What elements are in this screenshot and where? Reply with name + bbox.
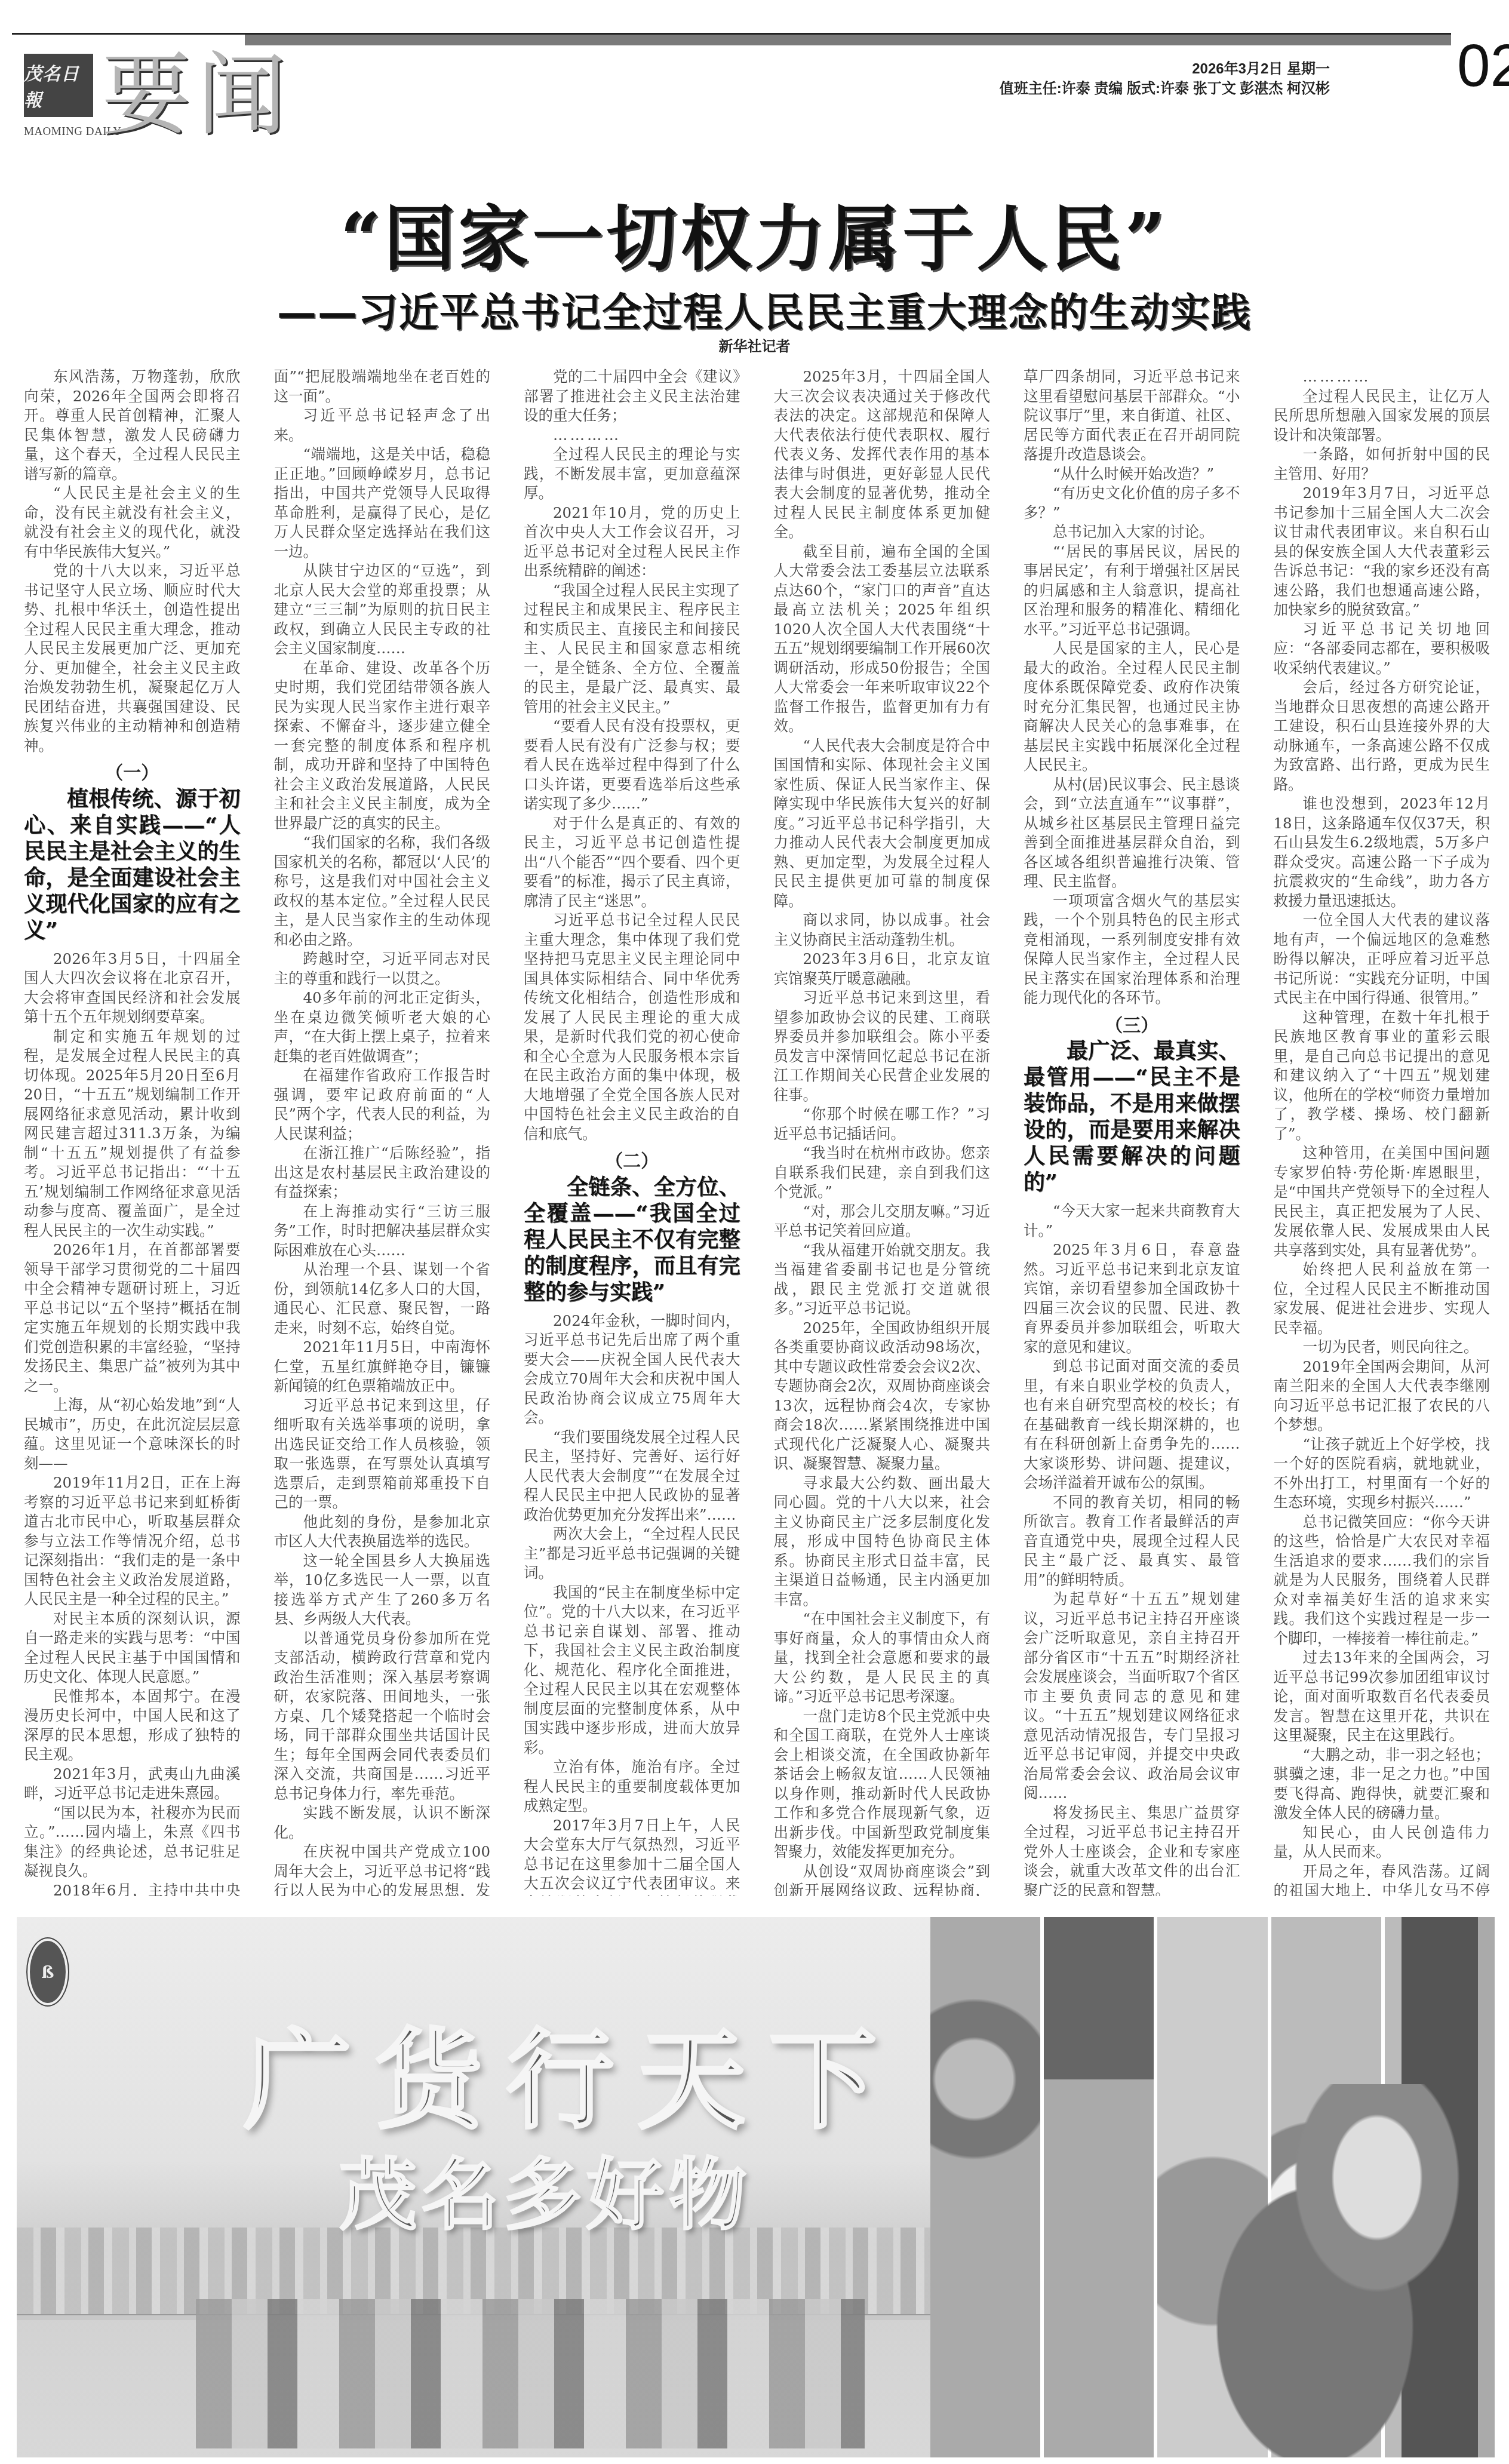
paragraph: 草厂四条胡同，习近平总书记来这里看望慰问基层干部群众。“小院议事厅”里，来自街道…: [1024, 367, 1240, 465]
paragraph: “人民代表大会制度是符合中国国情和实际、体现社会主义国家性质、保证人民当家作主、…: [774, 736, 991, 911]
subheadline: ——习近平总书记全过程人民民主重大理念的生动实践: [197, 281, 1332, 337]
paragraph: 在浙江推广“后陈经验”，指出这是农村基层民主政治建设的有益探索；: [274, 1144, 491, 1202]
paragraph: 习近平总书记关切地回应：“各部委同志都在，要积极吸收采纳代表建议。”: [1274, 620, 1490, 678]
paragraph: 为起草好“十五五”规划建议，习近平总书记主持召开座谈会广泛听取意见，亲自主持召开…: [1024, 1590, 1240, 1804]
paragraph: 党的十八大以来，习近平总书记坚守人民立场、顺应时代大势、扎根中华沃土，创造性提出…: [24, 561, 241, 755]
paragraph: “有历史文化价值的房子多不多？”: [1024, 484, 1240, 523]
paragraph: 上海，从“初心始发地”到“人民城市”，历史，在此沉淀层层意蕴。这里见证一个意味深…: [24, 1396, 241, 1473]
paragraph: 这种管用，在美国中国问题专家罗伯特·劳伦斯·库恩眼里，是“中国共产党领导下的全过…: [1274, 1144, 1490, 1260]
paragraph: 我国的“民主在制度坐标中定位”。党的十八大以来，在习近平总书记亲自谋划、部署、推…: [524, 1583, 740, 1758]
paragraph: 2019年3月7日，习近平总书记参加十三届全国人大二次会议甘肃代表团审议。来自积…: [1274, 484, 1490, 620]
paragraph: 在庆祝中国共产党成立100周年大会上，习近平总书记将“践行以人民为中心的发展思想…: [274, 1842, 491, 1896]
ad-title-sub: 茂名多好物: [339, 2150, 751, 2239]
paragraph: 全过程人民民主，让亿万人民所思所想融入国家发展的顶层设计和决策部署。: [1274, 387, 1490, 446]
paragraph: “要看人民有没有投票权，更要看人民有没有广泛参与权；要看人民在选举过程中得到了什…: [524, 717, 740, 814]
paragraph: 东风浩荡，万物蓬勃，欣欣向荣，2026年全国两会即将召开。尊重人民首创精神，汇聚…: [24, 367, 241, 484]
ad-title-main: 广货行天下: [244, 2021, 901, 2141]
paragraph: “对，那会儿交朋友嘛。”习近平总书记笑着回应道。: [774, 1202, 991, 1241]
paragraph: “从什么时候开始改造？”: [1024, 465, 1240, 484]
paragraph: 截至目前，遍布全国的全国人大常委会法工委基层立法联系点达60个，“家门口的声音”…: [774, 542, 991, 736]
paragraph: “今天大家一起来共商教育大计。”: [1024, 1202, 1240, 1240]
paragraph: 在上海推动实行“三访三服务”工作，时时把解决基层群众实际困难放在心头……: [274, 1202, 491, 1261]
paragraph: 2024年金秋，一脚时间内，习近平总书记先后出席了两个重要大会——庆祝全国人民代…: [524, 1311, 740, 1428]
paragraph: 习近平总书记轻声念了出来。: [274, 406, 491, 445]
advertisement-banner: ß 广货行天下 茂名多好物: [17, 1917, 1495, 2457]
ellipsis-separator: …………: [524, 426, 740, 446]
paragraph: 2025年3月6日，春意盎然。习近平总书记来到北京友谊宾馆，亲切看望参加全国政协…: [1024, 1240, 1240, 1357]
paragraph: 一项项富含烟火气的基层实践，一个个别具特色的民主形式竞相涌现，一系列制度安排有效…: [1024, 892, 1240, 1008]
paragraph: 2019年全国两会期间，从河南兰阳来的全国人大代表李继刚向习近平总书记汇报了农民…: [1274, 1357, 1490, 1435]
paragraph: 习近平总书记来到这里，仔细听取有关选举事项的说明，拿出选民证交给工作人员核验，领…: [274, 1396, 491, 1513]
editorial-staff: 值班主任:许泰 责编 版式:许泰 张丁文 彭湛杰 柯汉彬: [1000, 76, 1330, 97]
headline: “国家一切权力属于人民”: [0, 182, 1509, 284]
paragraph: 不同的教育关切，相同的畅所欲言。教育工作者最鲜活的声音直通党中央，展现全过程人民…: [1024, 1493, 1240, 1590]
paragraph: 2021年10月，党的历史上首次中央人大工作会议召开，习近平总书记对全过程人民民…: [524, 503, 740, 581]
section-heading: 植根传统、源于初心、来自实践——“人民民主是社会主义的生命，是全面建设社会主义现…: [24, 786, 241, 944]
section-heading: 最广泛、最真实、最管用——“民主不是装饰品，不是用来做摆设的，而是要用来解决人民…: [1024, 1038, 1240, 1196]
local-products-display: [196, 2299, 865, 2448]
masthead: 茂名日報 MAOMING DAILY 要闻 2026年3月2日 星期一 值班主任…: [0, 0, 1509, 149]
paragraph: 一切为民者，则民向往之。: [1274, 1338, 1490, 1357]
paragraph: “我国全过程人民民主实现了过程民主和成果民主、程序民主和实质民主、直接民主和间接…: [524, 581, 740, 717]
paragraph: 2025年3月，十四届全国人大三次会议表决通过关于修改代表法的决定。这部规范和保…: [774, 367, 991, 542]
paragraph: 2026年3月5日，十四届全国人大四次会议将在北京召开，大会将审查国民经济和社会…: [24, 950, 241, 1027]
paragraph: 这种管理，在数十年扎根于民族地区教育事业的董彩云眼里，是自己向总书记提出的意见和…: [1274, 1008, 1490, 1144]
section-title: 要闻: [102, 48, 293, 143]
paragraph: 一盘门走访8个民主党派中央和全国工商联，在党外人士座谈会上相谈交流，在全国政协新…: [774, 1707, 991, 1862]
header-band: [245, 35, 1451, 45]
paragraph: 习近平总书记来到这里，看望参加政协会议的民建、工商联界委员并参加联组会。陈小平委…: [774, 988, 991, 1105]
paragraph: 人民是国家的主人，民心是最大的政治。全过程人民民主制度体系既保障党委、政府作决策…: [1024, 639, 1240, 775]
paragraph: 2021年3月，武夷山九曲溪畔，习近平总书记走进朱熹园。: [24, 1765, 241, 1804]
paragraph: 以普通党员身份参加所在党支部活动，横跨政行营章和党内政治生活准则；深入基层考察调…: [274, 1629, 491, 1804]
paragraph: “你那个时候在哪工作？”习近平总书记插话问。: [774, 1105, 991, 1144]
paragraph: “端端地，这是关中话，稳稳正正地。”回顾峥嵘岁月，总书记指出，中国共产党领导人民…: [274, 445, 491, 561]
fisherman-with-fish-photo: [1175, 2084, 1486, 2457]
paragraph: 他此刻的身份，是参加北京市区人大代表换届选举的选民。: [274, 1513, 491, 1551]
paragraph: “在中国社会主义制度下，有事好商量，众人的事情由众人商量，找到全社会意愿和要求的…: [774, 1609, 991, 1707]
paragraph: 2019年11月2日，正在上海考察的习近平总书记来到虹桥街道古北市民中心，听取基…: [24, 1473, 241, 1609]
paragraph: 过去13年来的全国两会，习近平总书记99次参加团组审议讨论，面对面听取数百名代表…: [1274, 1648, 1490, 1746]
article-body: 东风浩荡，万物蓬勃，欣欣向荣，2026年全国两会即将召开。尊重人民首创精神，汇聚…: [24, 367, 1490, 1896]
column-3: 党的二十届四中全会《建议》部署了推进社会主义民主法治建设的重大任务； ………… …: [524, 367, 740, 1896]
paragraph: “让孩子就近上个好学校，找一个好的医院看病，就地就业，不外出打工，村里面有一个好…: [1274, 1435, 1490, 1513]
paragraph: “国以民为本，社稷亦为民而立。”……园内墙上，朱熹《四书集注》的经典论述，总书记…: [24, 1804, 241, 1881]
paragraph: 2017年3月7日上午，人民大会堂东大厅气氛热烈，习近平总书记在这里参加十二届全…: [524, 1816, 740, 1897]
paragraph: 开局之年，春风浩荡。辽阔的祖国大地上，中华儿女马不停蹄，跃马扬鞭赴新程。: [1274, 1862, 1490, 1897]
paragraph: 2025年，全国政协组织开展各类重要协商议政活动98场次，其中专题议政性常委会会…: [774, 1319, 991, 1474]
page-number: 02: [1457, 36, 1509, 96]
paragraph: 始终把人民利益放在第一位，全过程人民民主不断推动国家发展、促进社会进步、实现人民…: [1274, 1260, 1490, 1338]
paragraph: 2018年6月，主持中共中央政治局集体学习，习近平总书记引用的正是这句古语。: [24, 1881, 241, 1897]
logo-english: MAOMING DAILY: [24, 125, 93, 139]
paragraph: 习近平总书记全过程人民民主重大理念，集中体现了我们党坚持把马克思主义民主理论同中…: [524, 911, 740, 1144]
paragraph: 实践不断发展，认识不断深化。: [274, 1804, 491, 1842]
paragraph: 知民心，由人民创造伟力量，从人民而来。: [1274, 1823, 1490, 1862]
lychee-photo: [930, 1917, 1040, 2457]
paragraph: 对于什么是真正的、有效的民主，习近平总书记创造性提出“八个能否”“四个要看、四个…: [524, 814, 740, 911]
column-4: 2025年3月，十四届全国人大三次会议表决通过关于修改代表法的决定。这部规范和保…: [774, 367, 991, 1896]
paragraph: 2023年3月6日，北京友谊宾馆聚英厅暖意融融。: [774, 950, 991, 988]
issue-date: 2026年3月2日 星期一: [1192, 57, 1330, 78]
paragraph: “大鹏之动，非一羽之轻也；骐骥之速，非一足之力也。”中国要飞得高、跑得快，就要汇…: [1274, 1746, 1490, 1823]
paragraph: 民惟邦本，本固邦宁。在漫漫历史长河中，中国人民和这了深厚的民本思想，形成了独特的…: [24, 1687, 241, 1765]
paragraph: 立治有体，施治有序。全过程人民民主的重要制度载体更加成熟定型。: [524, 1758, 740, 1816]
paragraph: 从治理一个县、谋划一个省份，到领航14亿多人口的大国，通民心、汇民意、聚民智，一…: [274, 1260, 491, 1338]
paragraph: “‘居民的事居民议，居民的事居民定’，有利于增强社区居民的归属感和主人翁意识，提…: [1024, 542, 1240, 640]
column-6: ………… 全过程人民民主，让亿万人民所思所想融入国家发展的顶层设计和决策部署。 …: [1274, 367, 1490, 1896]
paragraph: “我从福建开始就交朋友。我当福建省委副书记也是分管统战，跟民主党派打交道就很多。…: [774, 1241, 991, 1319]
section-heading: 全链条、全方位、全覆盖——“我国全过程人民民主不仅有完整的制度程序，而且有完整的…: [524, 1174, 740, 1305]
logo-chinese: 茂名日報: [24, 59, 93, 112]
section-number: （一）: [24, 764, 241, 784]
paragraph: “人民民主是社会主义的生命，没有民主就没有社会主义，就没有社会主义的现代化，就没…: [24, 484, 241, 561]
paragraph: 这一轮全国县乡人大换届选举，10亿多选民一人一票，以直接选举方式产生了260多万…: [274, 1551, 491, 1629]
paragraph: 制定和实施五年规划的过程，是发展全过程人民民主的真切体现。2025年5月20日至…: [24, 1027, 241, 1241]
longan-photo: [1044, 1917, 1154, 2457]
paragraph: 从陕甘宁边区的“豆选”，到北京人民大会堂的郑重投票；从建立“三三制”为原则的抗日…: [274, 561, 491, 659]
logo-mark: ß: [41, 1962, 54, 1982]
paragraph: 两次大会上，“全过程人民民主”都是习近平总书记强调的关键词。: [524, 1525, 740, 1583]
section-number: （二）: [524, 1152, 740, 1172]
paragraph: “我们要围绕发展全过程人民民主，坚持好、完善好、运行好人民代表大会制度”“在发展…: [524, 1428, 740, 1525]
column-2: 面”“把屁股端端地坐在老百姓的这一面”。 习近平总书记轻声念了出来。 “端端地，…: [274, 367, 491, 1896]
paragraph: “我们国家的名称，我们各级国家机关的名称，都冠以‘人民’的称号，这是我们对中国社…: [274, 833, 491, 950]
paragraph: 党的二十届四中全会《建议》部署了推进社会主义民主法治建设的重大任务；: [524, 367, 740, 426]
column-1: 东风浩荡，万物蓬勃，欣欣向荣，2026年全国两会即将召开。尊重人民首创精神，汇聚…: [24, 367, 241, 1896]
paragraph: 将发扬民主、集思广益贯穿全过程，习近平总书记主持召开党外人士座谈会，企业和专家座…: [1024, 1804, 1240, 1897]
paragraph: 从村(居)民议事会、民主恳谈会，到“立法直通车”“议事群”，从城乡社区基层民主管…: [1024, 775, 1240, 892]
paragraph: 跨越时空，习近平同志对民主的尊重和践行一以贯之。: [274, 950, 491, 988]
haoxin-maoming-logo-icon: ß: [27, 1938, 68, 2005]
paragraph: 寻求最大公约数、画出最大同心圆。党的十八大以来，社会主义协商民主广泛多层制度化发…: [774, 1474, 991, 1610]
paragraph: “我当时在杭州市政协。您亲自联系我们民建，亲自到我们这个党派。”: [774, 1144, 991, 1202]
paragraph: 面”“把屁股端端地坐在老百姓的这一面”。: [274, 367, 491, 406]
paragraph: 商以求同，协以成事。社会主义协商民主活动蓬勃生机。: [774, 911, 991, 950]
column-5: 草厂四条胡同，习近平总书记来这里看望慰问基层干部群众。“小院议事厅”里，来自街道…: [1024, 367, 1240, 1896]
paragraph: 从创设“双周协商座谈会”到创新开展网络议政、远程协商，从专题议政性常委会会议到专…: [774, 1862, 991, 1897]
section-number: （三）: [1024, 1016, 1240, 1036]
paragraph: 在福建作省政府工作报告时强调，要牢记政府前面的“人民”两个字，代表人民的利益，为…: [274, 1066, 491, 1144]
newspaper-logo: 茂名日報: [24, 54, 93, 117]
paragraph: 在革命、建设、改革各个历史时期，我们党团结带领各族人民为实现人民当家作主进行艰辛…: [274, 659, 491, 834]
paragraph: 全过程人民民主的理论与实践，不断发展丰富，更加意蕴深厚。: [524, 445, 740, 503]
paragraph: 2021年11月5日，中南海怀仁堂，五星红旗鲜艳夺目，镰镰新闻镜的红色票箱端放正…: [274, 1338, 491, 1396]
paragraph: 谁也没想到，2023年12月18日，这条路通车仅仅37天，积石山县发生6.2级地…: [1274, 794, 1490, 911]
paragraph: 到总书记面对面交流的委员里，有来自职业学校的负责人，也有来自研究型高校的校长；有…: [1024, 1357, 1240, 1493]
paragraph: 40多年前的河北正定街头，坐在桌边微笑倾听老大娘的心声，“在大街上摆上桌子，拉着…: [274, 988, 491, 1066]
paragraph: 一位全国人大代表的建议落地有声，一个偏远地区的急难愁盼得以解决，正呼应着习近平总…: [1274, 911, 1490, 1008]
byline: 新华社记者: [0, 334, 1509, 355]
paragraph: 会后，经过各方研究论证，当地群众日思夜想的高速公路开工建设，积石山县连接外界的大…: [1274, 678, 1490, 794]
paragraph: 总书记微笑回应：“你今天讲的这些，恰恰是广大农民对幸福生活追求的要求……我们的宗…: [1274, 1513, 1490, 1649]
paragraph: 总书记加入大家的讨论。: [1024, 523, 1240, 542]
paragraph: 一条路，如何折射中国的民主管用、好用？: [1274, 445, 1490, 484]
ellipsis-separator: …………: [1274, 367, 1490, 387]
paragraph: 对民主本质的深刻认识，源自一路走来的实践与思考：“中国全过程人民民主基于中国国情…: [24, 1609, 241, 1687]
paragraph: 2026年1月，在首都部署要领导干部学习贯彻党的二十届四中全会精神专题研讨班上，…: [24, 1240, 241, 1396]
